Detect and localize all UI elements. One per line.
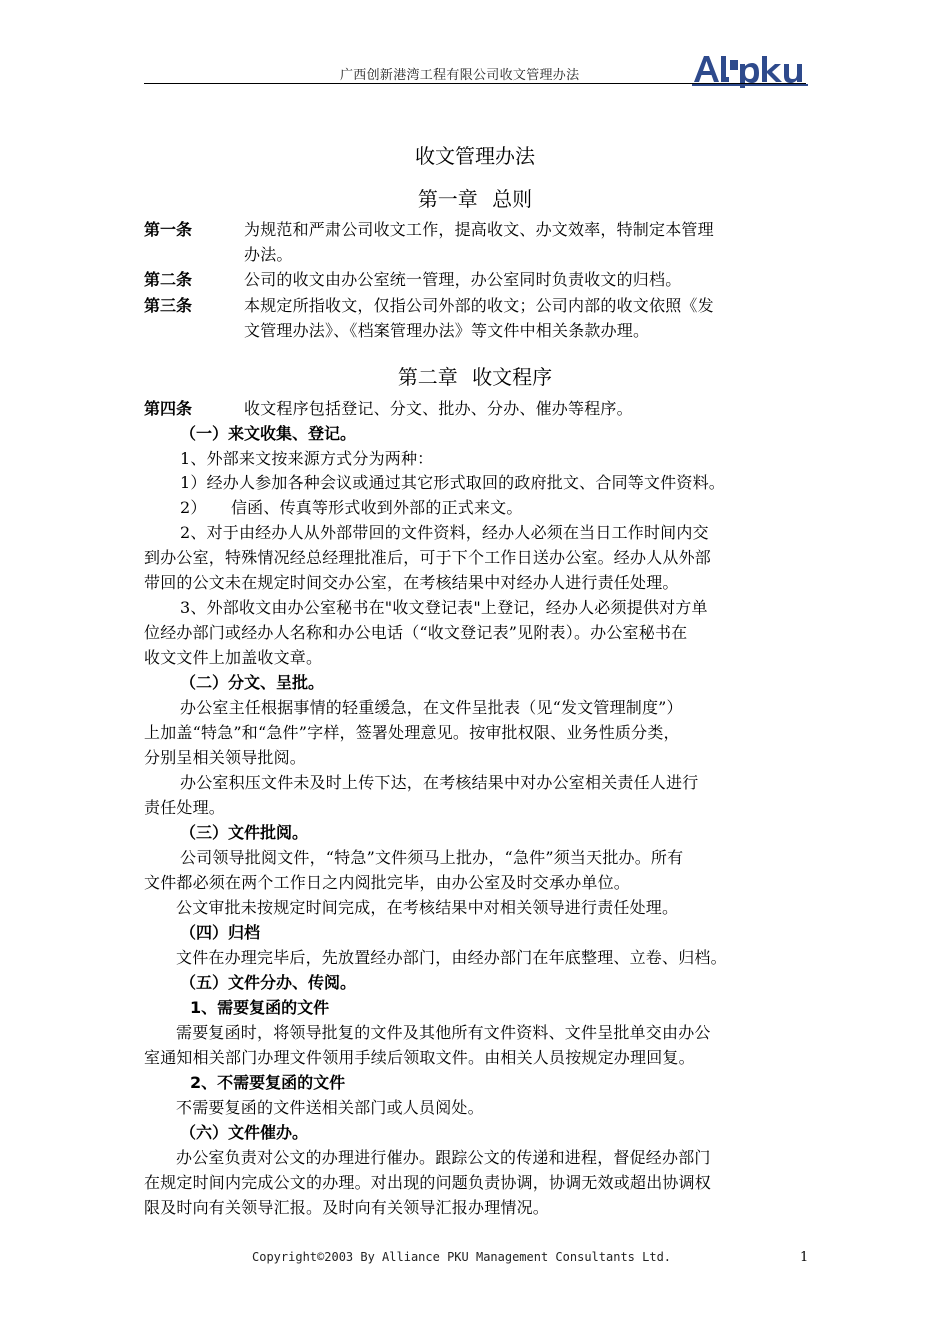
- footer-copyright: Copyright©2003 By Alliance PKU Managemen…: [252, 1250, 671, 1264]
- paragraph-line: 在规定时间内完成公文的办理。对出现的问题负责协调，协调无效或超出协调权: [144, 1171, 711, 1195]
- chapter-heading: 第二章 收文程序: [0, 361, 950, 390]
- article-text: 文管理办法》、《档案管理办法》等文件中相关条款办理。: [244, 319, 649, 343]
- paragraph-line: 文件都必须在两个工作日之内阅批完毕，由办公室及时交承办单位。: [144, 871, 630, 895]
- paragraph-line: 到办公室，特殊情况经总经理批准后，可于下个工作日送办公室。经办人从外部: [144, 546, 711, 570]
- subsection-heading: 1、需要复函的文件: [190, 996, 329, 1020]
- header-divider: [144, 83, 806, 84]
- article-label: 第二条: [144, 268, 192, 292]
- paragraph-line: 位经办部门或经办人名称和办公电话（“收文登记表”见附表）。办公室秘书在: [144, 621, 687, 645]
- article-label: 第三条: [144, 294, 192, 318]
- section-heading: （一）来文收集、登记。: [180, 422, 356, 446]
- chapter-name: 收文程序: [472, 365, 552, 389]
- paragraph-line: 需要复函时，将领导批复的文件及其他所有文件资料、文件呈批单交由办公: [176, 1021, 711, 1045]
- paragraph-line: 收文文件上加盖收文章。: [144, 646, 322, 670]
- article-text: 为规范和严肃公司收文工作，提高收文、办文效率，特制定本管理: [244, 218, 714, 242]
- section-heading: （四）归档: [180, 921, 260, 945]
- paragraph-line: 上加盖“特急”和“急件”字样，签署处理意见。按审批权限、业务性质分类，: [144, 721, 680, 745]
- article-text: 办法。: [244, 243, 293, 267]
- chapter-heading: 第一章 总则: [0, 183, 950, 212]
- paragraph-line: 1、外部来文按来源方式分为两种：: [180, 447, 433, 471]
- paragraph-line: 不需要复函的文件送相关部门或人员阅处。: [176, 1096, 484, 1120]
- paragraph-line: 室通知相关部门办理文件领用手续后领取文件。由相关人员按规定办理回复。: [144, 1046, 695, 1070]
- paragraph-line: 带回的公文未在规定时间交办公室，在考核结果中对经办人进行责任处理。: [144, 571, 679, 595]
- paragraph-line: 文件在办理完毕后，先放置经办部门，由经办部门在年底整理、立卷、归档。: [176, 946, 727, 970]
- paragraph-line: 办公室主任根据事情的轻重缓急，在文件呈批表（见“发文管理制度”）: [180, 696, 683, 720]
- document-page: 广西创新港湾工程有限公司收文管理办法 收文管理办法 第一章 总则 第一条 为规范…: [0, 0, 950, 1344]
- section-heading: （六）文件催办。: [180, 1121, 308, 1145]
- paragraph-line: 公文审批未按规定时间完成，在考核结果中对相关领导进行责任处理。: [176, 896, 678, 920]
- section-heading: （二）分文、呈批。: [180, 671, 324, 695]
- paragraph-line: 责任处理。: [144, 796, 225, 820]
- document-title: 收文管理办法: [0, 140, 950, 169]
- subsection-heading: 2、不需要复函的文件: [190, 1071, 345, 1095]
- article-text: 公司的收文由办公室统一管理，办公室同时负责收文的归档。: [244, 268, 681, 292]
- article-label: 第四条: [144, 397, 192, 421]
- chapter-name: 总则: [492, 187, 532, 211]
- paragraph-line: 3、外部收文由办公室秘书在"收文登记表"上登记，经办人必须提供对方单: [180, 596, 708, 620]
- paragraph-line: 办公室积压文件未及时上传下达，在考核结果中对办公室相关责任人进行: [180, 771, 698, 795]
- paragraph-line: 2） 信函、传真等形式收到外部的正式来文。: [180, 496, 523, 520]
- article-label: 第一条: [144, 218, 192, 242]
- header-title: 广西创新港湾工程有限公司收文管理办法: [340, 64, 579, 83]
- article-text: 本规定所指收文，仅指公司外部的收文；公司内部的收文依照《发: [244, 294, 714, 318]
- page-number: 1: [800, 1250, 808, 1265]
- paragraph-line: 1）经办人参加各种会议或通过其它形式取回的政府批文、合同等文件资料。: [180, 471, 725, 495]
- chapter-number: 第二章: [398, 365, 458, 389]
- paragraph-line: 2、对于由经办人从外部带回的文件资料，经办人必须在当日工作时间内交: [180, 521, 709, 545]
- paragraph-line: 限及时向有关领导汇报。及时向有关领导汇报办理情况。: [144, 1196, 549, 1220]
- section-heading: （三）文件批阅。: [180, 821, 308, 845]
- paragraph-line: 办公室负责对公文的办理进行催办。跟踪公文的传递和进程，督促经办部门: [176, 1146, 711, 1170]
- chapter-number: 第一章: [418, 187, 478, 211]
- paragraph-line: 公司领导批阅文件，“特急”文件须马上批办，“急件”须当天批办。所有: [180, 846, 683, 870]
- paragraph-line: 分别呈相关领导批阅。: [144, 746, 306, 770]
- article-text: 收文程序包括登记、分文、批办、分办、催办等程序。: [244, 397, 633, 421]
- section-heading: （五）文件分办、传阅。: [180, 971, 356, 995]
